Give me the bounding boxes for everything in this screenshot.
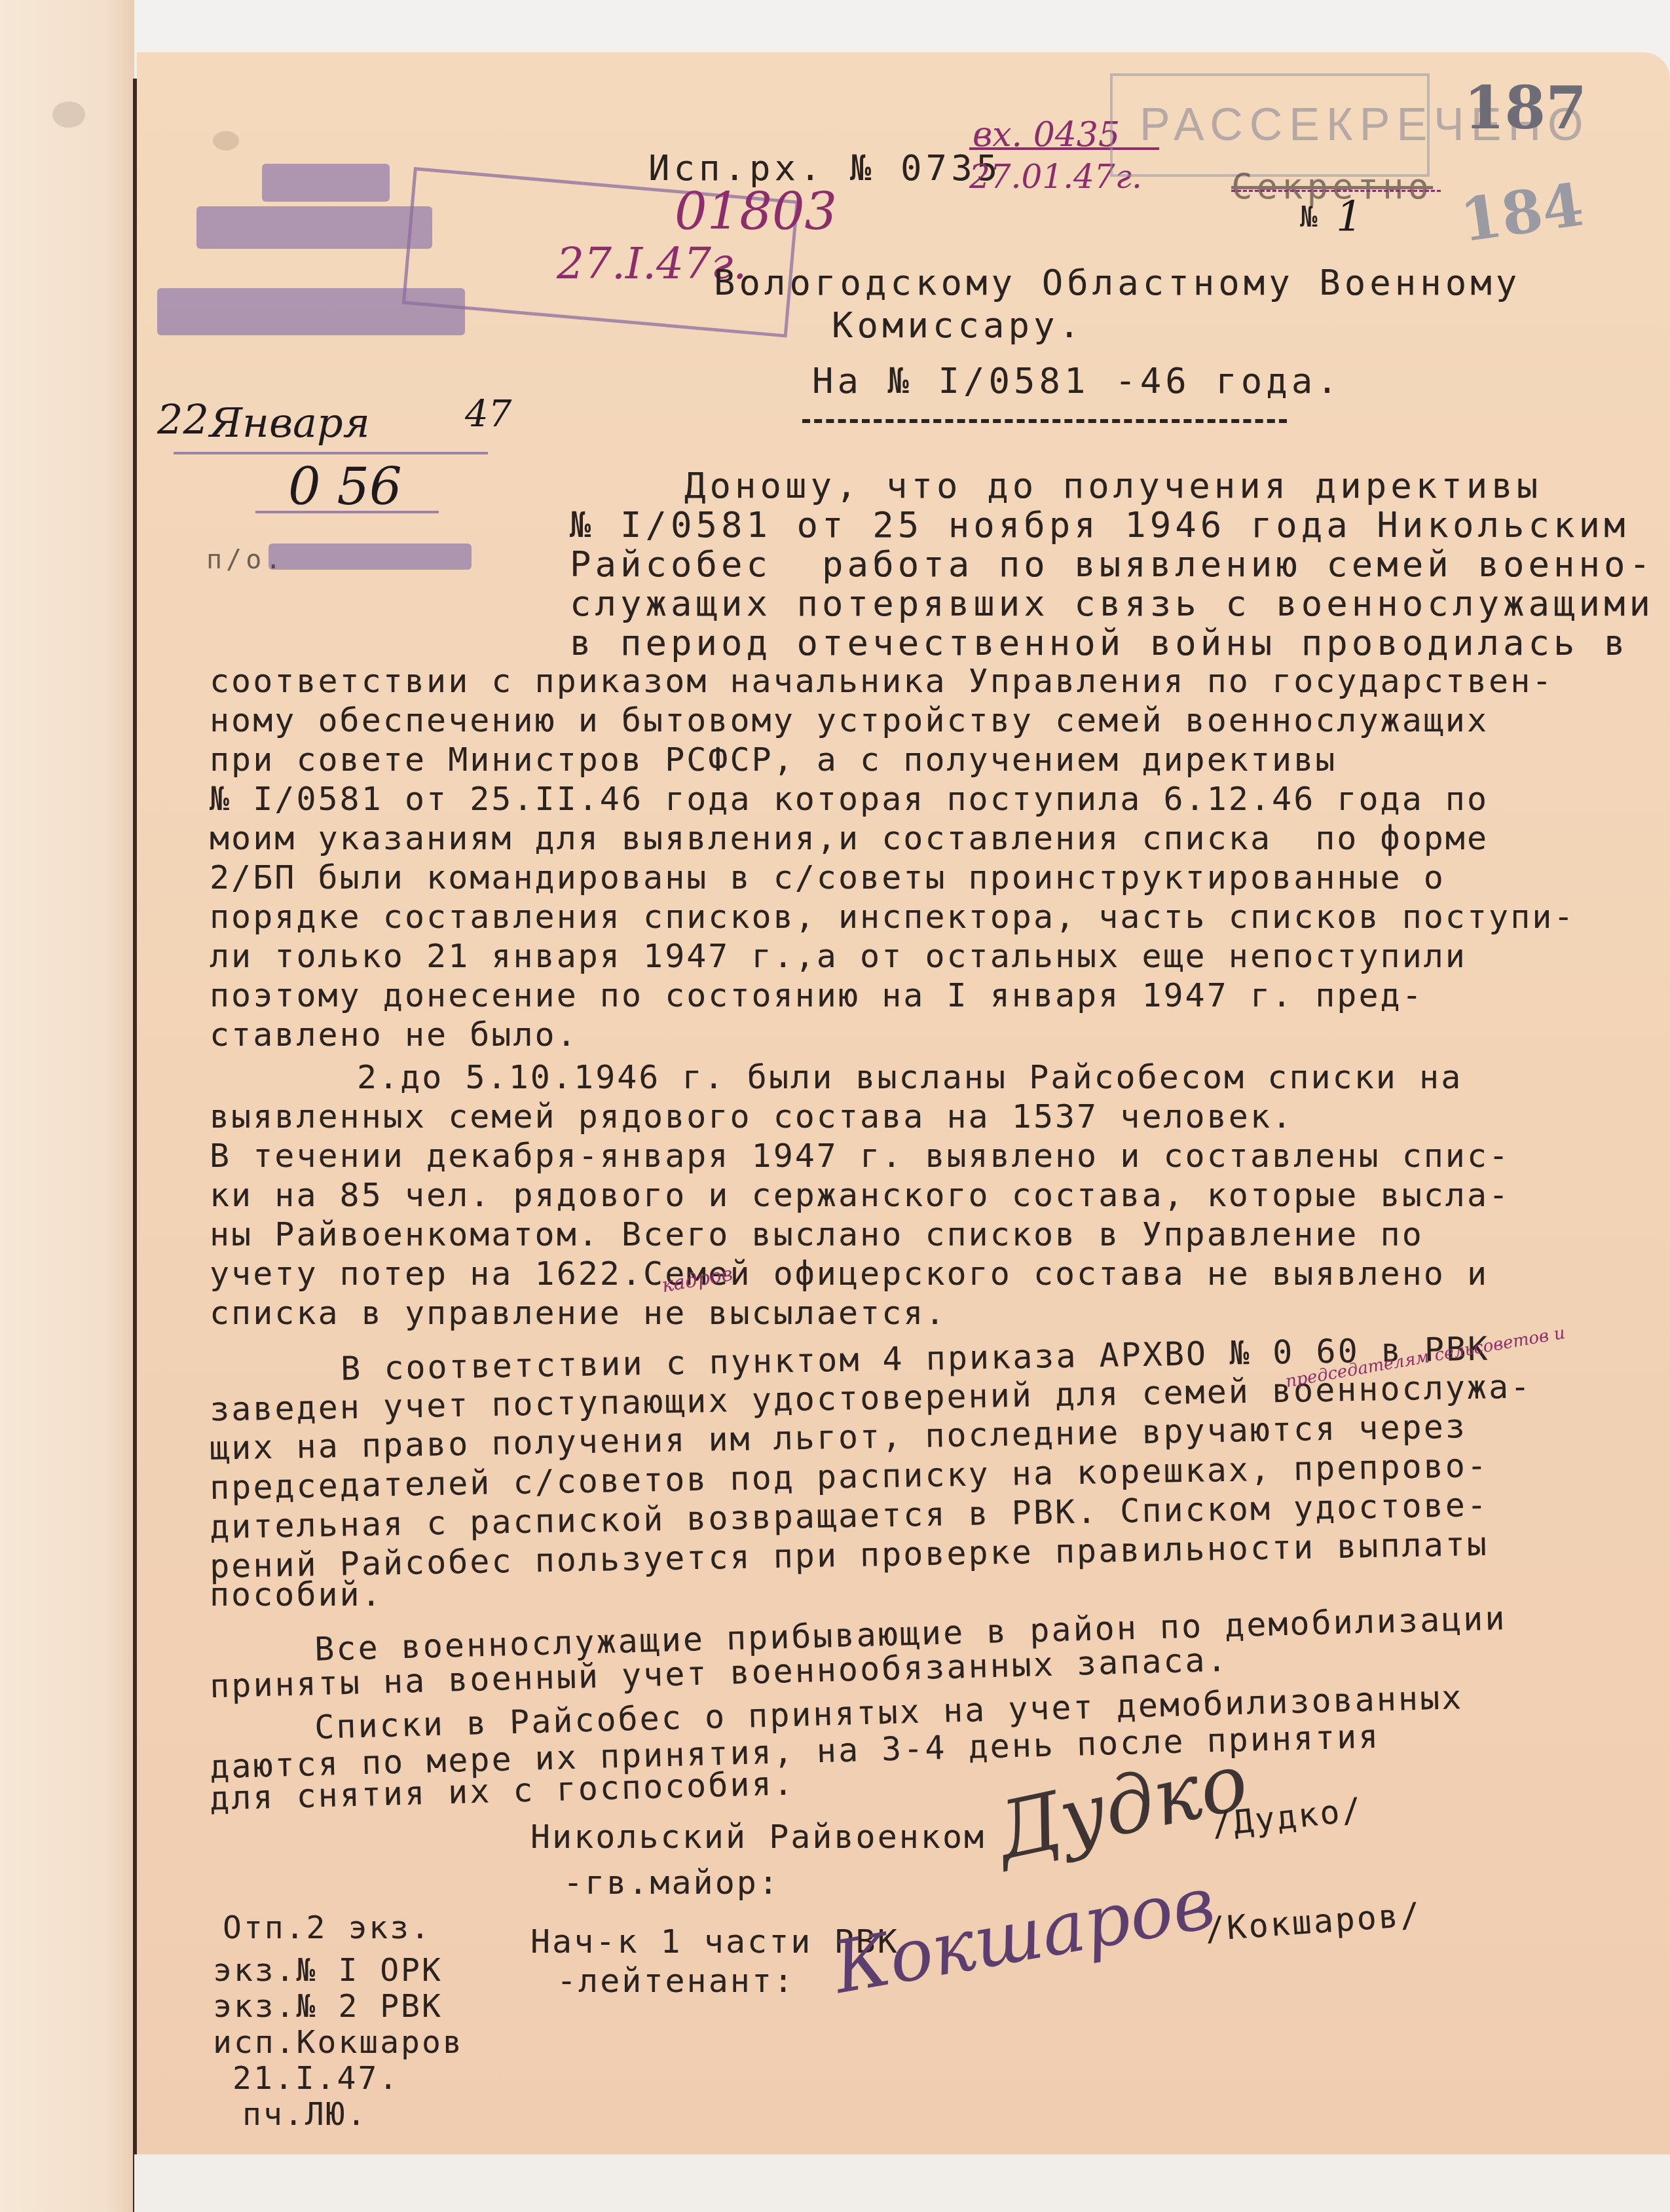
stamp-underline — [174, 452, 488, 454]
body-line: 2/БП были командированы в с/советы проин… — [210, 861, 1445, 894]
body-line: № I/0581 от 25 ноября 1946 года Никольск… — [570, 507, 1629, 543]
body-line: ному обеспечению и бытовому устройству с… — [210, 704, 1489, 737]
stamp-place-label: п/о. — [206, 547, 285, 573]
secrecy-dash-line — [1231, 190, 1441, 192]
body-line: соответствии с приказом начальника Управ… — [210, 665, 1553, 697]
body-line: В течении декабря-января 1947 г. выявлен… — [210, 1139, 1510, 1172]
stamp-date-year: 47 — [465, 396, 511, 433]
signatory-1-title: Никольский Райвоенком — [530, 1820, 986, 1853]
body-line: ставлено не было. — [210, 1018, 578, 1051]
body-line: ны Райвоенкоматом. Всего выслано списков… — [210, 1218, 1424, 1251]
body-line: ки на 85 чел. рядового и сержанского сос… — [210, 1179, 1510, 1211]
footer-line: экз.№ I ОРК — [213, 1955, 443, 1986]
body-line: пособий. — [210, 1578, 383, 1611]
stamp-place-block — [269, 544, 472, 570]
body-line: в период отечественной войны проводилась… — [570, 625, 1629, 661]
signatory-1-rank: -гв.майор: — [563, 1866, 780, 1899]
footer-line: пч.ЛЮ. — [242, 2099, 367, 2130]
reference-line: На № I/0581 -46 года. — [812, 363, 1342, 399]
body-line: ли только 21 января 1947 г.,а от остальн… — [210, 940, 1467, 972]
footer-line: экз.№ 2 РВК — [213, 1991, 443, 2022]
body-line: 2.до 5.10.1946 г. были высланы Райсобесо… — [357, 1061, 1462, 1094]
body-line: служащих потерявших связь с военнослужащ… — [570, 586, 1654, 621]
body-line: № I/0581 от 25.II.46 года которая поступ… — [210, 783, 1489, 815]
body-line: учету потер на 1622.Семей офицерского со… — [210, 1257, 1489, 1290]
secrecy-classification: Секретно — [1231, 169, 1433, 204]
body-line: порядке составления списков, инспектора,… — [210, 900, 1575, 933]
stamp-date-month: Января — [210, 403, 370, 443]
body-line: моим указаниям для выявления,и составлен… — [210, 822, 1489, 855]
binding-edge — [133, 79, 137, 2212]
reference-dash-line — [802, 419, 1287, 423]
copy-number-hand: 1 — [1336, 196, 1363, 238]
addressee-line-2: Комиссару. — [832, 308, 1084, 343]
sheet-number-1: 187 — [1464, 79, 1587, 138]
footer-line: исп.Кокшаров — [213, 2027, 464, 2058]
outgoing-reference: Исп.рх. № 0735 — [648, 151, 1001, 186]
previous-page-margin — [0, 0, 134, 2212]
stamp-outgoing-number: 0 56 — [288, 462, 402, 513]
registration-number-hand: 01803 — [675, 187, 837, 238]
body-line: Райсобес работа по выявлению семей военн… — [570, 547, 1654, 582]
addressee-line-1: Вологодскому Областному Военному — [714, 265, 1521, 301]
body-line: поэтому донесение по состоянию на I янва… — [210, 979, 1424, 1012]
background-surface — [134, 2154, 1670, 2212]
signatory-2-rank: -лейтенант: — [557, 1964, 795, 1997]
copy-number-label: № — [1300, 203, 1322, 232]
body-line: списка в управление не высылается. — [210, 1297, 947, 1329]
stamp-header-block — [262, 164, 390, 202]
stamp-underline — [255, 511, 439, 513]
body-line: Доношу, что до получения директивы — [684, 468, 1542, 504]
ink-spot — [52, 101, 85, 128]
stamp-date-day: 22 — [157, 399, 209, 440]
body-line: при совете Министров РСФСР, а с получени… — [210, 743, 1337, 776]
footer-line: Отп.2 экз. — [223, 1912, 432, 1944]
footer-line: 21.I.47. — [232, 2063, 399, 2094]
body-line: выявленных семей рядового состава на 153… — [210, 1100, 1293, 1133]
ink-spot — [213, 131, 239, 151]
stamp-header-block — [196, 206, 432, 249]
sheet-number-2: 184 — [1457, 175, 1587, 250]
